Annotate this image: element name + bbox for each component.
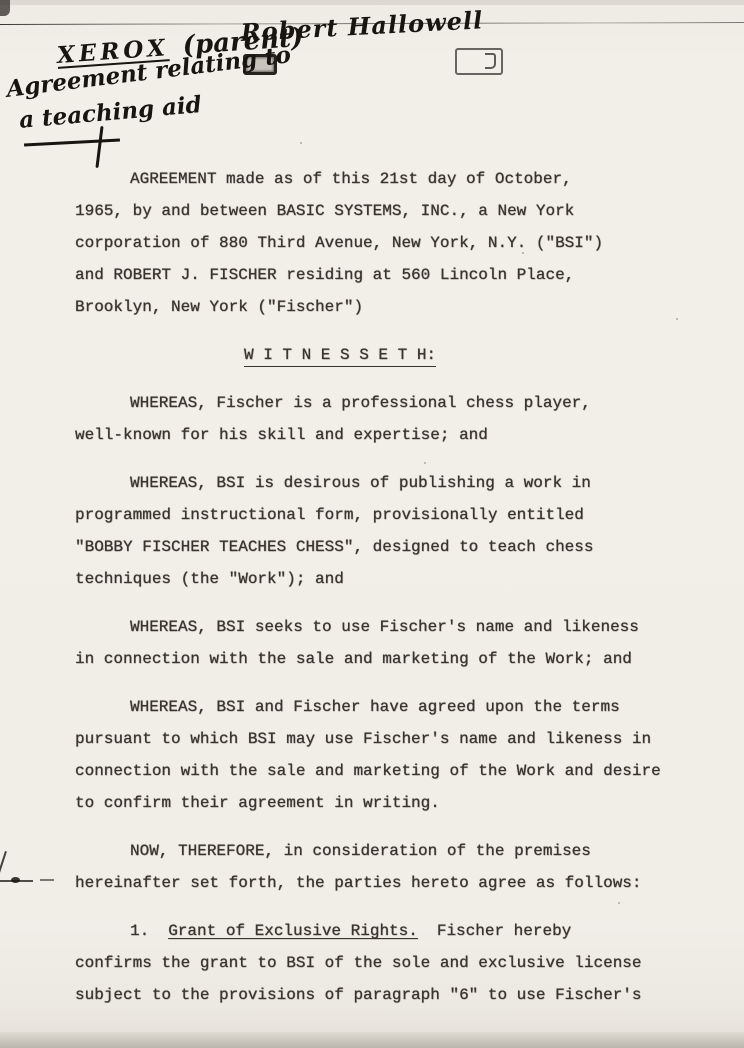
doc-line: "BOBBY FISCHER TEACHES CHESS", designed … bbox=[75, 531, 650, 563]
doc-line: well-known for his skill and expertise; … bbox=[75, 419, 650, 451]
doc-line: to confirm their agreement in writing. bbox=[75, 787, 650, 819]
witnesseth-heading: W I T N E S S E T H: bbox=[75, 339, 650, 371]
witnesseth-text: W I T N E S S E T H: bbox=[244, 346, 436, 367]
doc-line: Brooklyn, New York ("Fischer") bbox=[75, 291, 650, 323]
doc-line: 1965, by and between BASIC SYSTEMS, INC.… bbox=[75, 195, 650, 227]
scan-top-edge-shading bbox=[0, 0, 744, 5]
doc-line: confirms the grant to BSI of the sole an… bbox=[75, 947, 650, 979]
whereas-clause-2: WHEREAS, BSI is desirous of publishing a… bbox=[75, 467, 650, 595]
handwritten-name-robert-hallowell: Robert Hallowell bbox=[240, 5, 484, 47]
margin-tick-diagonal bbox=[0, 851, 7, 883]
agreement-intro-paragraph: AGREEMENT made as of this 21st day of Oc… bbox=[75, 163, 650, 323]
whereas-clause-3: WHEREAS, BSI seeks to use Fischer's name… bbox=[75, 611, 650, 675]
scan-speckle bbox=[300, 142, 302, 144]
now-therefore-paragraph: NOW, THEREFORE, in consideration of the … bbox=[75, 835, 650, 899]
doc-line: AGREEMENT made as of this 21st day of Oc… bbox=[75, 163, 650, 195]
doc-line: WHEREAS, BSI is desirous of publishing a… bbox=[75, 467, 650, 499]
doc-line: NOW, THEREFORE, in consideration of the … bbox=[75, 835, 650, 867]
doc-line: connection with the sale and marketing o… bbox=[75, 755, 650, 787]
doc-line: and ROBERT J. FISCHER residing at 560 Li… bbox=[75, 259, 650, 291]
margin-tick-blob bbox=[11, 877, 20, 883]
scanned-document-page: XEROX (parent) Robert Hallowell Agreemen… bbox=[0, 0, 744, 1048]
doc-line: in connection with the sale and marketin… bbox=[75, 643, 650, 675]
whereas-clause-4: WHEREAS, BSI and Fischer have agreed upo… bbox=[75, 691, 650, 819]
clause-1-grant-of-exclusive-rights: 1.Grant of Exclusive Rights.Fischer here… bbox=[75, 915, 650, 1011]
handwritten-pen-tail-stroke bbox=[95, 126, 103, 168]
clause-title: Grant of Exclusive Rights. bbox=[168, 922, 418, 940]
typed-agreement-body: AGREEMENT made as of this 21st day of Oc… bbox=[75, 163, 650, 1011]
doc-line: 1.Grant of Exclusive Rights.Fischer here… bbox=[75, 915, 650, 947]
doc-line: WHEREAS, Fischer is a professional chess… bbox=[75, 387, 650, 419]
doc-line: WHEREAS, BSI and Fischer have agreed upo… bbox=[75, 691, 650, 723]
clause-number: 1. bbox=[130, 922, 149, 940]
box-stamp-outline bbox=[455, 48, 503, 75]
whereas-clause-1: WHEREAS, Fischer is a professional chess… bbox=[75, 387, 650, 451]
doc-line: programmed instructional form, provision… bbox=[75, 499, 650, 531]
doc-line: hereinafter set forth, the parties heret… bbox=[75, 867, 650, 899]
box-stamp-inner-mark bbox=[485, 53, 496, 69]
scan-artifact-corner-mark bbox=[0, 0, 10, 16]
clause-first-line-rest: Fischer hereby bbox=[437, 922, 571, 940]
doc-line: pursuant to which BSI may use Fischer's … bbox=[75, 723, 650, 755]
doc-line: techniques (the "Work"); and bbox=[75, 563, 650, 595]
scan-speckle bbox=[676, 318, 678, 320]
doc-line: WHEREAS, BSI seeks to use Fischer's name… bbox=[75, 611, 650, 643]
margin-tick-dash-2 bbox=[40, 879, 54, 881]
scan-bottom-edge-shading bbox=[0, 1032, 744, 1048]
doc-line: corporation of 880 Third Avenue, New Yor… bbox=[75, 227, 650, 259]
doc-line: subject to the provisions of paragraph "… bbox=[75, 979, 650, 1011]
handwritten-underline-stroke bbox=[24, 138, 120, 146]
